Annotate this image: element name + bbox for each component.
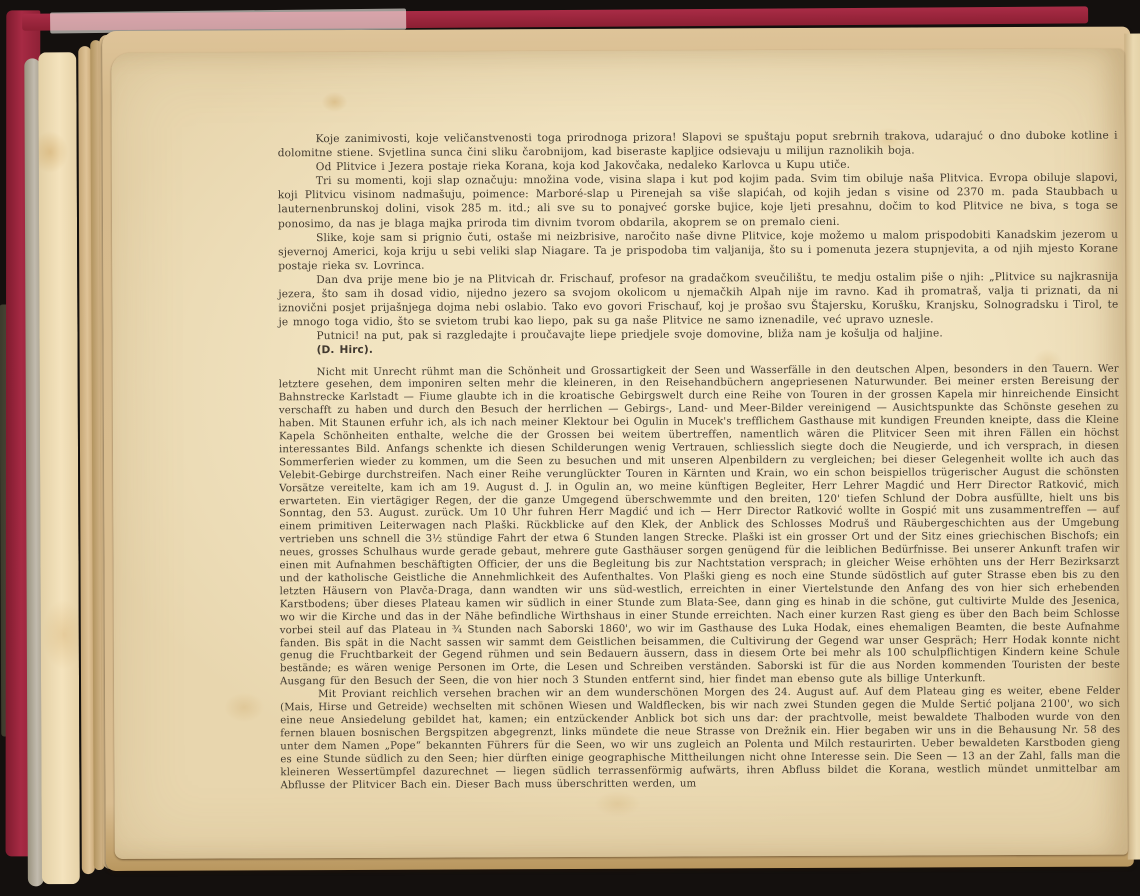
foxing-stain: [594, 791, 640, 817]
scanned-book-photo: Koje zanimivosti, koje veličanstvenosti …: [0, 0, 1140, 896]
croatian-paragraph: Slike, koje sam si prignio čuti, ostaše …: [278, 227, 1118, 273]
page-text-block: Koje zanimivosti, koje veličanstvenosti …: [278, 129, 1121, 793]
croatian-paragraph: Koje zanimivosti, koje veličanstvenosti …: [278, 129, 1118, 161]
foxing-stain: [321, 92, 347, 112]
croatian-section: Koje zanimivosti, koje veličanstvenosti …: [278, 129, 1119, 358]
german-paragraph: Mit Proviant reichlich versehen brachen …: [280, 686, 1120, 793]
main-page: Koje zanimivosti, koje veličanstvenosti …: [111, 49, 1128, 859]
book: Koje zanimivosti, koje veličanstvenosti …: [0, 0, 1140, 896]
german-paragraph: Nicht mit Unrecht rühmt man die Schönhei…: [279, 363, 1120, 689]
croatian-paragraph: Tri su momenti, koji slap označuju: množ…: [278, 171, 1118, 231]
page-edge: [38, 52, 80, 884]
croatian-paragraph: Dan dva prije mene bio je na Plitvicah d…: [278, 270, 1118, 330]
foxing-stain: [224, 692, 264, 722]
german-section: Nicht mit Unrecht rühmt man die Schönhei…: [279, 363, 1121, 793]
